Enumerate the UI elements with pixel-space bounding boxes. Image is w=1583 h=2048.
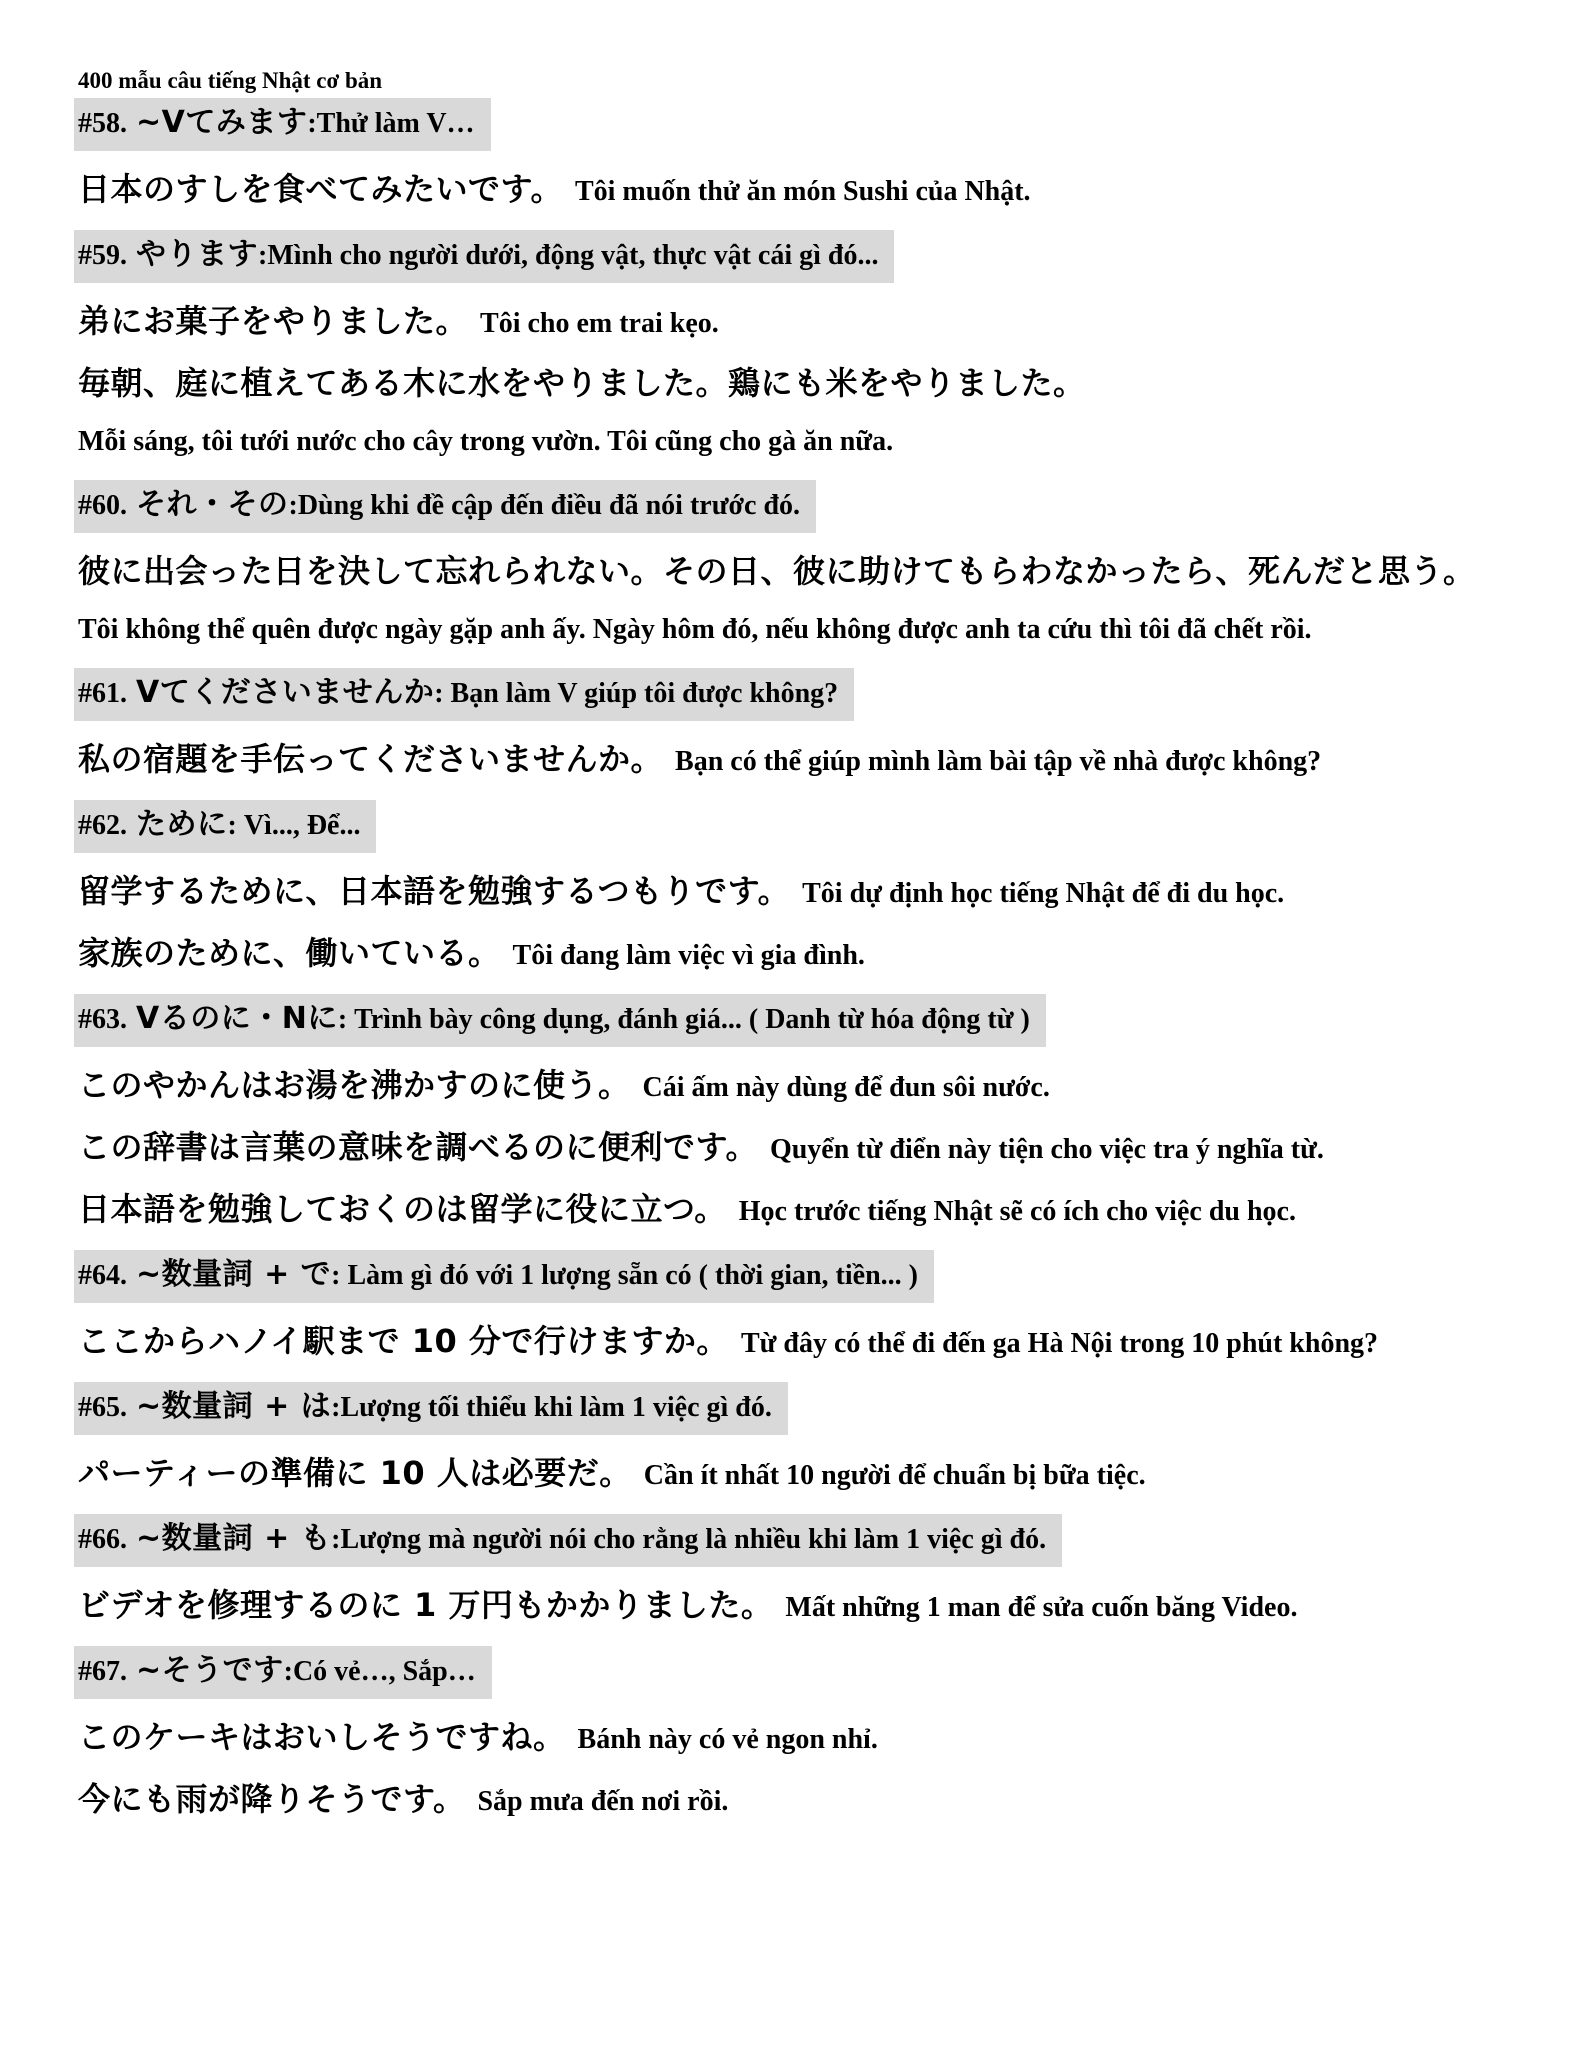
heading-japanese: やります bbox=[136, 237, 258, 272]
heading-japanese: それ・その bbox=[136, 487, 289, 522]
heading-vietnamese: :Mình cho người dưới, động vật, thực vật… bbox=[258, 240, 878, 271]
vietnamese-translation: Bánh này có vẻ ngon nhỉ. bbox=[578, 1724, 878, 1755]
section-heading-65: #65.~数量詞 + は:Lượng tối thiểu khi làm 1 v… bbox=[78, 1382, 1523, 1435]
japanese-sentence: 私の宿題を手伝ってくださいませんか。 bbox=[78, 740, 663, 778]
heading-vietnamese: : Làm gì đó với 1 lượng sẵn có ( thời gi… bbox=[331, 1260, 918, 1291]
japanese-sentence: この辞書は言葉の意味を調べるのに便利です。 bbox=[78, 1128, 758, 1166]
heading-japanese: ために bbox=[136, 807, 228, 842]
japanese-sentence: 家族のために、働いている。 bbox=[78, 934, 501, 972]
heading-highlight: #64.~数量詞 + で: Làm gì đó với 1 lượng sẵn … bbox=[74, 1250, 934, 1303]
vietnamese-translation: Tôi cho em trai kẹo. bbox=[480, 308, 719, 339]
heading-vietnamese: :Dùng khi đề cập đến điều đã nói trước đ… bbox=[289, 490, 801, 521]
section-heading-64: #64.~数量詞 + で: Làm gì đó với 1 lượng sẵn … bbox=[78, 1250, 1523, 1303]
vietnamese-translation: Mất những 1 man để sửa cuốn băng Video. bbox=[785, 1592, 1297, 1623]
heading-highlight: #66.~数量詞 + も:Lượng mà người nói cho rằng… bbox=[74, 1514, 1062, 1567]
section-heading-60: #60.それ・その:Dùng khi đề cập đến điều đã nó… bbox=[78, 480, 1523, 533]
heading-vietnamese: :Lượng mà người nói cho rằng là nhiều kh… bbox=[331, 1524, 1046, 1555]
japanese-sentence: ビデオを修理するのに 1 万円もかかりました。 bbox=[78, 1586, 773, 1624]
example-sentence: 留学するために、日本語を勉強するつもりです。Tôi dự định học ti… bbox=[78, 870, 1523, 915]
vietnamese-translation: Cần ít nhất 10 người để chuẩn bị bữa tiệ… bbox=[644, 1460, 1146, 1491]
heading-highlight: #62.ために: Vì..., Để... bbox=[74, 800, 376, 853]
section-heading-62: #62.ために: Vì..., Để... bbox=[78, 800, 1523, 853]
example-sentence: このケーキはおいしそうですね。Bánh này có vẻ ngon nhỉ. bbox=[78, 1716, 1523, 1761]
example-sentence: 弟にお菓子をやりました。Tôi cho em trai kẹo. bbox=[78, 300, 1523, 345]
example-sentence: 毎朝、庭に植えてある木に水をやりました。鶏にも米をやりました。 bbox=[78, 362, 1523, 404]
heading-japanese: ~数量詞 + で bbox=[136, 1257, 331, 1292]
vietnamese-translation: Sắp mưa đến nơi rồi. bbox=[477, 1786, 728, 1817]
japanese-sentence: 今にも雨が降りそうです。 bbox=[78, 1780, 465, 1818]
japanese-sentence: 留学するために、日本語を勉強するつもりです。 bbox=[78, 872, 790, 910]
heading-japanese: ~そうです bbox=[136, 1653, 284, 1688]
example-sentence: 日本語を勉強しておくのは留学に役に立つ。Học trước tiếng Nhật… bbox=[78, 1188, 1523, 1233]
heading-highlight: #65.~数量詞 + は:Lượng tối thiểu khi làm 1 v… bbox=[74, 1382, 788, 1435]
example-sentence: 今にも雨が降りそうです。Sắp mưa đến nơi rồi. bbox=[78, 1778, 1523, 1823]
heading-japanese: ~数量詞 + も bbox=[136, 1521, 331, 1556]
vietnamese-translation: Quyển từ điển này tiện cho việc tra ý ng… bbox=[770, 1134, 1324, 1165]
japanese-sentence: このやかんはお湯を沸かすのに使う。 bbox=[78, 1066, 631, 1104]
section-number: #64. bbox=[78, 1260, 127, 1291]
japanese-sentence: ここからハノイ駅まで 10 分で行けますか。 bbox=[78, 1322, 729, 1360]
japanese-sentence: このケーキはおいしそうですね。 bbox=[78, 1718, 566, 1756]
heading-japanese: Vてくださいませんか bbox=[136, 675, 434, 710]
japanese-sentence: パーティーの準備に 10 人は必要だ。 bbox=[78, 1454, 632, 1492]
heading-highlight: #67.~そうです:Có vẻ…, Sắp… bbox=[74, 1646, 492, 1699]
heading-vietnamese: : Trình bày công dụng, đánh giá... ( Dan… bbox=[338, 1004, 1030, 1035]
vietnamese-translation: Tôi dự định học tiếng Nhật để đi du học. bbox=[802, 878, 1284, 909]
japanese-sentence: 日本語を勉強しておくのは留学に役に立つ。 bbox=[78, 1190, 727, 1228]
heading-vietnamese: :Có vẻ…, Sắp… bbox=[284, 1656, 476, 1687]
example-sentence: 日本のすしを食べてみたいです。Tôi muốn thử ăn món Sushi… bbox=[78, 168, 1523, 213]
japanese-sentence: 毎朝、庭に植えてある木に水をやりました。鶏にも米をやりました。 bbox=[78, 364, 1086, 402]
section-number: #66. bbox=[78, 1524, 127, 1555]
example-sentence: 私の宿題を手伝ってくださいませんか。Bạn có thể giúp mình l… bbox=[78, 738, 1523, 783]
example-sentence: この辞書は言葉の意味を調べるのに便利です。Quyển từ điển này t… bbox=[78, 1126, 1523, 1171]
section-heading-61: #61.Vてくださいませんか: Bạn làm V giúp tôi được … bbox=[78, 668, 1523, 721]
heading-highlight: #60.それ・その:Dùng khi đề cập đến điều đã nó… bbox=[74, 480, 816, 533]
translation-line: Mỗi sáng, tôi tưới nước cho cây trong vư… bbox=[78, 421, 1523, 463]
vietnamese-translation: Tôi muốn thử ăn món Sushi của Nhật. bbox=[575, 176, 1031, 207]
vietnamese-translation: Bạn có thể giúp mình làm bài tập về nhà … bbox=[675, 746, 1321, 777]
section-heading-59: #59.やります:Mình cho người dưới, động vật, … bbox=[78, 230, 1523, 283]
example-sentence: 家族のために、働いている。Tôi đang làm việc vì gia đì… bbox=[78, 932, 1523, 977]
example-sentence: ビデオを修理するのに 1 万円もかかりました。Mất những 1 man đ… bbox=[78, 1584, 1523, 1629]
section-number: #58. bbox=[78, 108, 127, 139]
heading-vietnamese: :Thử làm V… bbox=[307, 108, 474, 139]
heading-highlight: #61.Vてくださいませんか: Bạn làm V giúp tôi được … bbox=[74, 668, 854, 721]
vietnamese-translation: Từ đây có thể đi đến ga Hà Nội trong 10 … bbox=[741, 1328, 1378, 1359]
document-page: 400 mẫu câu tiếng Nhật cơ bản #58.~Vてみます… bbox=[0, 0, 1583, 2048]
vietnamese-translation: Cái ấm này dùng để đun sôi nước. bbox=[643, 1072, 1050, 1103]
section-heading-63: #63.Vるのに・Nに: Trình bày công dụng, đánh g… bbox=[78, 994, 1523, 1047]
heading-japanese: Vるのに・Nに bbox=[136, 1001, 338, 1036]
example-sentence: ここからハノイ駅まで 10 分で行けますか。Từ đây có thể đi đ… bbox=[78, 1320, 1523, 1365]
heading-highlight: #58.~Vてみます:Thử làm V… bbox=[74, 98, 491, 151]
vietnamese-translation: Tôi đang làm việc vì gia đình. bbox=[513, 940, 865, 971]
section-heading-58: #58.~Vてみます:Thử làm V… bbox=[78, 98, 1523, 151]
section-number: #59. bbox=[78, 240, 127, 271]
section-number: #62. bbox=[78, 810, 127, 841]
japanese-sentence: 弟にお菓子をやりました。 bbox=[78, 302, 468, 340]
section-number: #65. bbox=[78, 1392, 127, 1423]
section-heading-66: #66.~数量詞 + も:Lượng mà người nói cho rằng… bbox=[78, 1514, 1523, 1567]
japanese-sentence: 日本のすしを食べてみたいです。 bbox=[78, 170, 563, 208]
section-number: #67. bbox=[78, 1656, 127, 1687]
section-number: #63. bbox=[78, 1004, 127, 1035]
vietnamese-translation: Mỗi sáng, tôi tưới nước cho cây trong vư… bbox=[78, 426, 893, 457]
heading-vietnamese: : Vì..., Để... bbox=[228, 810, 361, 841]
heading-highlight: #63.Vるのに・Nに: Trình bày công dụng, đánh g… bbox=[74, 994, 1046, 1047]
vietnamese-translation: Học trước tiếng Nhật sẽ có ích cho việc … bbox=[739, 1196, 1296, 1227]
heading-vietnamese: : Bạn làm V giúp tôi được không? bbox=[434, 678, 838, 709]
example-sentence: このやかんはお湯を沸かすのに使う。Cái ấm này dùng để đun … bbox=[78, 1064, 1523, 1109]
japanese-sentence: 彼に出会った日を決して忘れられない。その日、彼に助けてもらわなかったら、死んだと… bbox=[78, 552, 1476, 590]
heading-vietnamese: :Lượng tối thiểu khi làm 1 việc gì đó. bbox=[331, 1392, 772, 1423]
heading-japanese: ~Vてみます bbox=[136, 105, 307, 140]
document-title: 400 mẫu câu tiếng Nhật cơ bản bbox=[78, 68, 1523, 94]
example-sentence: 彼に出会った日を決して忘れられない。その日、彼に助けてもらわなかったら、死んだと… bbox=[78, 550, 1523, 592]
section-number: #60. bbox=[78, 490, 127, 521]
vietnamese-translation: Tôi không thể quên được ngày gặp anh ấy.… bbox=[78, 614, 1312, 645]
section-number: #61. bbox=[78, 678, 127, 709]
example-sentence: パーティーの準備に 10 人は必要だ。Cần ít nhất 10 người … bbox=[78, 1452, 1523, 1497]
section-heading-67: #67.~そうです:Có vẻ…, Sắp… bbox=[78, 1646, 1523, 1699]
heading-japanese: ~数量詞 + は bbox=[136, 1389, 331, 1424]
translation-line: Tôi không thể quên được ngày gặp anh ấy.… bbox=[78, 609, 1523, 651]
heading-highlight: #59.やります:Mình cho người dưới, động vật, … bbox=[74, 230, 894, 283]
